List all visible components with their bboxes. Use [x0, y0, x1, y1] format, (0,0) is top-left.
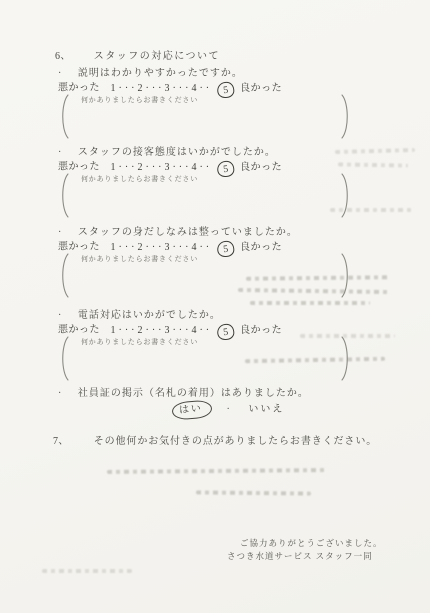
question-text: 電話対応はいかがでしたか。 — [78, 310, 221, 322]
question-text-row: · スタッフの身だしなみは整っていましたか。 — [58, 227, 298, 239]
question-text: スタッフの身だしなみは整っていましたか。 — [78, 227, 298, 239]
bullet-dot: · — [58, 147, 68, 159]
rating-low-label: 悪かった — [58, 83, 100, 94]
paren-left-icon — [57, 93, 70, 140]
question-text-row: · スタッフの接客態度はいかがでしたか。 — [58, 147, 276, 159]
rating-high-label: 良かった — [240, 325, 282, 336]
closing-signature-line: さつき水道サービス スタッフ一同 — [227, 551, 373, 562]
section-6-number: 6、 — [55, 51, 71, 63]
comment-prompt: 何かありましたらお書きください — [81, 337, 198, 347]
comment-box: 何かありましたらお書きください — [57, 93, 353, 140]
paren-left-icon — [57, 335, 70, 382]
question-block-phone: · 電話対応はいかがでしたか。 悪かった 1···2···3···4·· 5 良… — [58, 310, 398, 390]
paren-left-icon — [57, 172, 70, 219]
question-text: 説明はわかりやすかったですか。 — [78, 68, 243, 80]
question-text-row: · 説明はわかりやすかったですか。 — [58, 68, 243, 80]
paren-left-icon — [57, 252, 70, 299]
section-7-heading: 7、 その他何かお気付きの点がありましたらお書きください。 — [53, 436, 377, 448]
scanned-survey-page: 6、 スタッフの対応について · 説明はわかりやすかったですか。 悪かった 1·… — [0, 0, 430, 613]
question-text-row: · 電話対応はいかがでしたか。 — [58, 310, 221, 322]
rating-high-label: 良かった — [240, 242, 282, 253]
rating-steps: 1···2···3···4·· — [111, 325, 213, 336]
comment-box: 何かありましたらお書きください — [57, 172, 353, 219]
question-text: 社員証の掲示（名札の着用）はありましたか。 — [78, 388, 309, 400]
bleed-through-mark — [250, 301, 370, 305]
bullet-dot: · — [58, 227, 68, 239]
answer-separator-dot: · — [227, 404, 230, 415]
comment-prompt: 何かありましたらお書きください — [81, 174, 198, 184]
section-6-heading: 6、 スタッフの対応について — [55, 51, 220, 63]
bleed-through-mark — [107, 468, 327, 474]
bleed-through-mark — [300, 334, 395, 338]
bullet-dot: · — [58, 388, 68, 400]
yes-no-answer-row: はい · いいえ — [172, 401, 284, 419]
rating-low-label: 悪かった — [58, 162, 100, 173]
rating-high-label: 良かった — [240, 83, 282, 94]
comment-prompt: 何かありましたらお書きください — [81, 95, 198, 105]
section-6-title: スタッフの対応について — [94, 51, 220, 63]
rating-low-label: 悪かった — [58, 325, 100, 336]
rating-low-label: 悪かった — [58, 242, 100, 253]
question-block-id-badge: · 社員証の掲示（名札の着用）はありましたか。 — [58, 388, 309, 400]
bleed-through-mark — [42, 569, 132, 573]
question-block-explanation: · 説明はわかりやすかったですか。 悪かった 1···2···3···4·· 5… — [58, 68, 398, 148]
section-7-title: その他何かお気付きの点がありましたらお書きください。 — [94, 436, 377, 448]
rating-high-label: 良かった — [240, 162, 282, 173]
comment-prompt: 何かありましたらお書きください — [81, 254, 198, 264]
closing-thanks-line: ご協力ありがとうございました。 — [240, 538, 383, 549]
bullet-dot: · — [58, 310, 68, 322]
section-7-number: 7、 — [53, 436, 69, 448]
no-option-label: いいえ — [248, 404, 284, 415]
selected-answer-circle: はい — [171, 399, 212, 420]
rating-steps: 1···2···3···4·· — [111, 242, 213, 253]
rating-steps: 1···2···3···4·· — [111, 162, 213, 173]
bullet-dot: · — [58, 68, 68, 80]
question-text: スタッフの接客態度はいかがでしたか。 — [78, 147, 276, 159]
rating-steps: 1···2···3···4·· — [111, 83, 213, 94]
bleed-through-mark — [196, 490, 311, 495]
question-block-attitude: · スタッフの接客態度はいかがでしたか。 悪かった 1···2···3···4·… — [58, 147, 398, 227]
question-block-grooming: · スタッフの身だしなみは整っていましたか。 悪かった 1···2···3···… — [58, 227, 398, 307]
paren-right-icon — [340, 93, 353, 140]
bleed-through-mark — [330, 208, 415, 212]
